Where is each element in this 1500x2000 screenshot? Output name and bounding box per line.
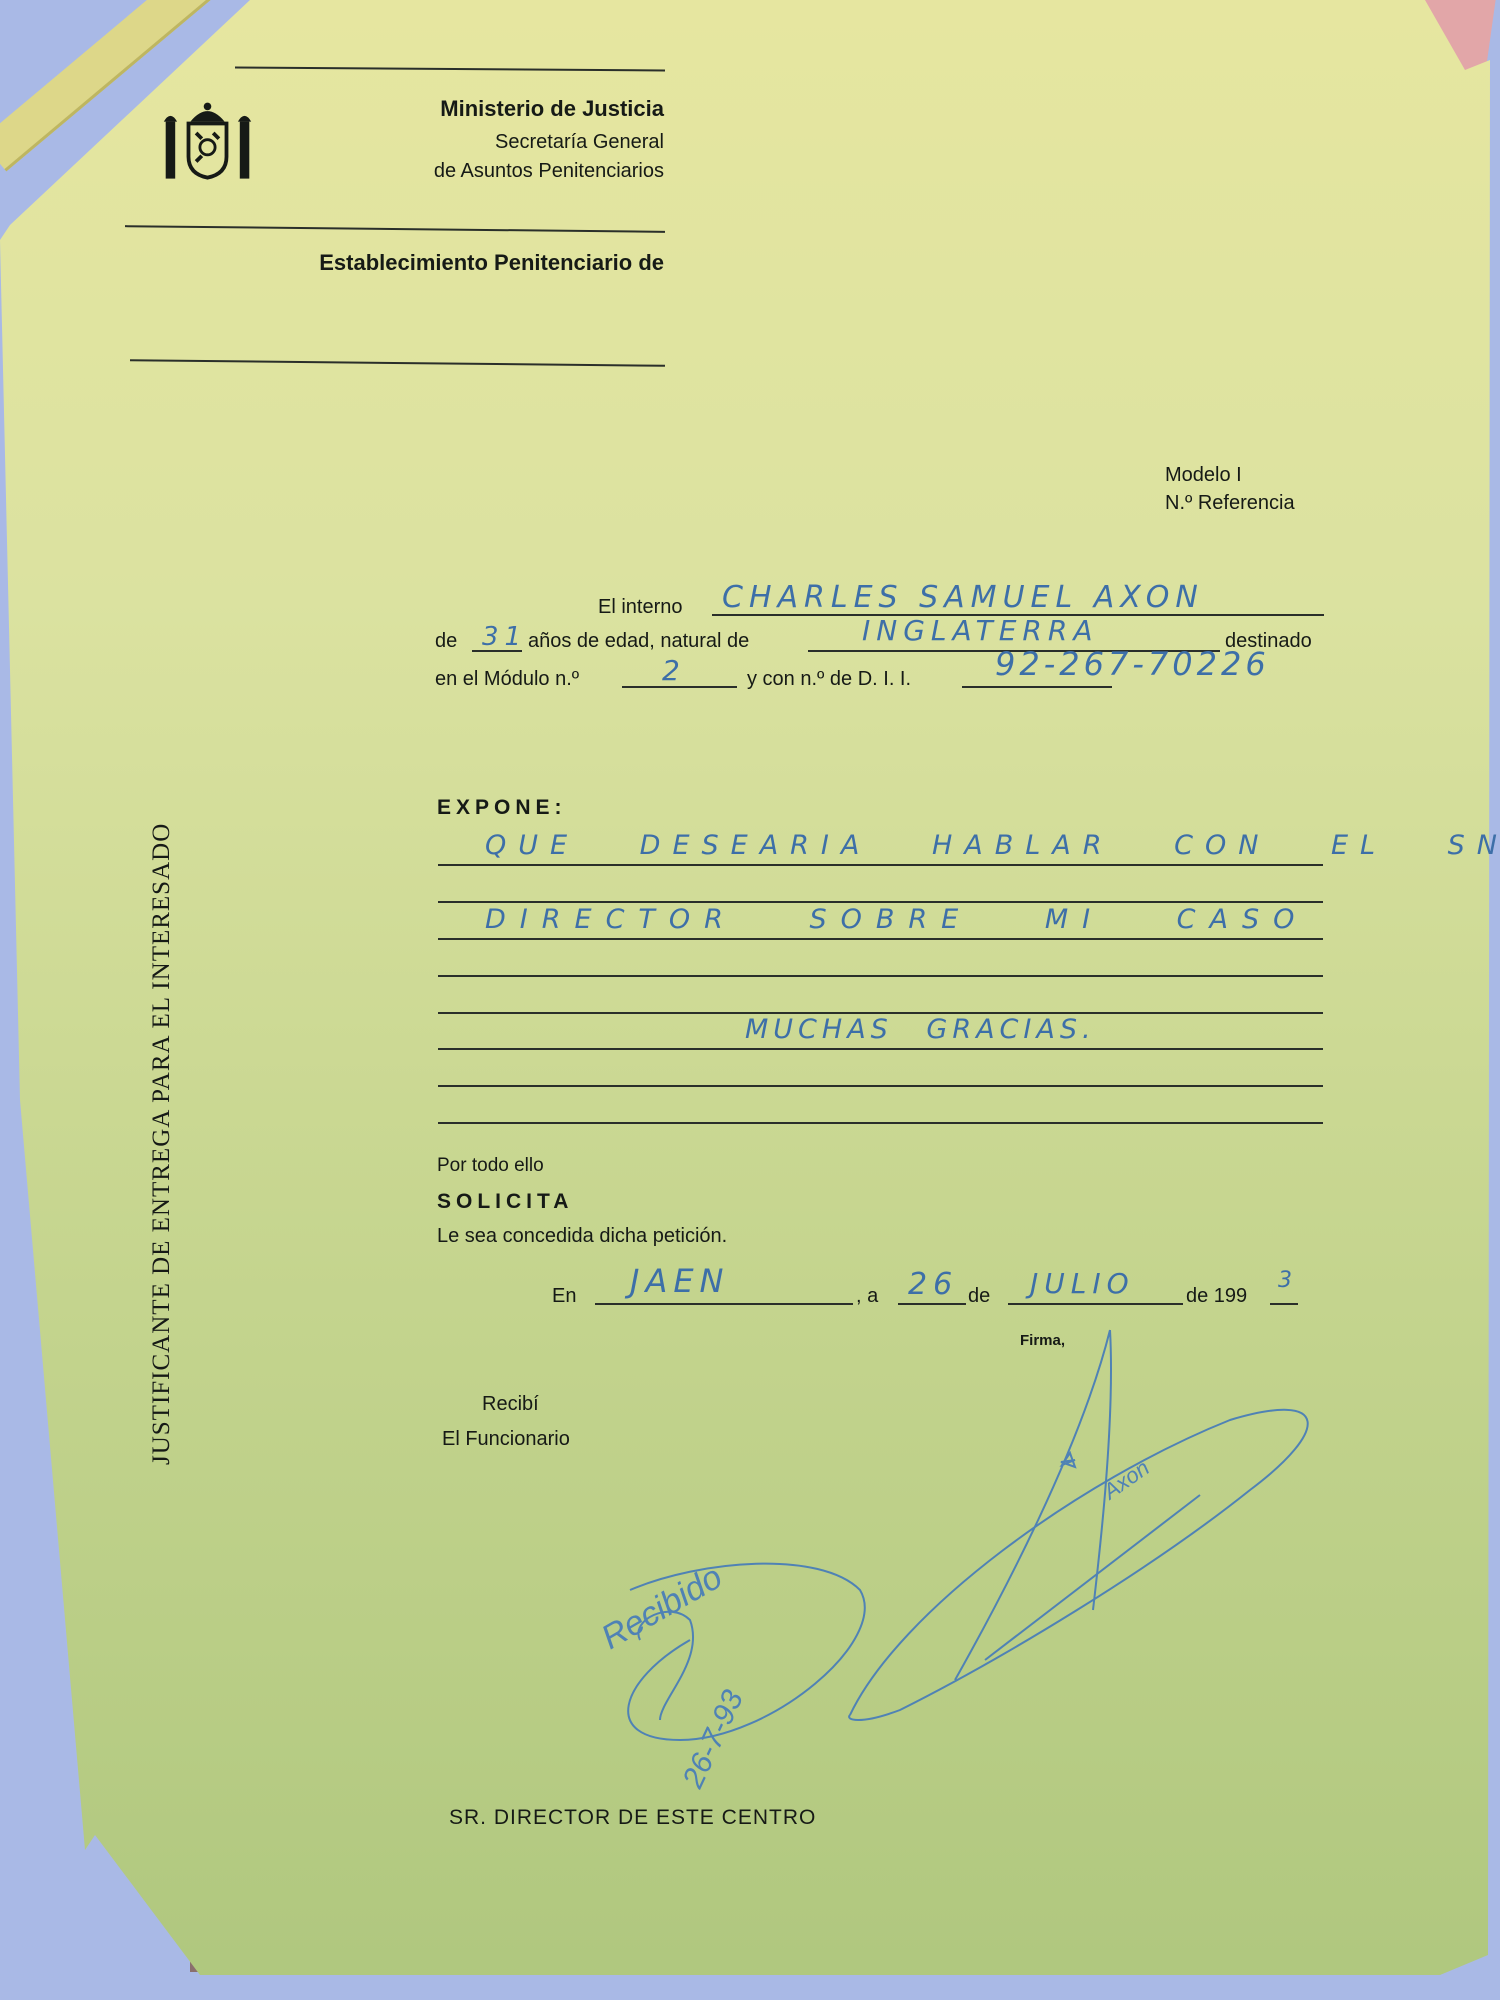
date-de-label: de [968,1285,990,1308]
solicita-heading: SOLICITA [437,1190,573,1214]
expone-heading: EXPONE: [437,796,567,820]
inmate-value: CHARLES SAMUEL AXON [722,580,1204,615]
secretariat-line1: Secretaría General [495,131,664,154]
coat-of-arms-icon [160,95,255,190]
expone-line[interactable] [438,1122,1323,1124]
origin-value: INGLATERRA [862,614,1098,647]
solicita-body: Le sea concedida dicha petición. [437,1225,727,1248]
year-label: de 199 [1186,1285,1247,1308]
receipt-recibi-label: Recibí [482,1393,539,1416]
age-suffix: años de edad, natural de [528,630,749,653]
year-value: 3 [1278,1268,1298,1293]
month-value: JULIO [1030,1267,1135,1300]
expone-line-text: MUCHAS GRACIAS. [745,1014,1096,1045]
place-field-line[interactable] [595,1303,853,1305]
year-field-line[interactable] [1270,1303,1298,1305]
dni-value: 92-267-70226 [995,645,1270,683]
expone-line[interactable] [438,864,1323,866]
day-field-line[interactable] [898,1303,966,1305]
expone-line[interactable] [438,1085,1323,1087]
addressee: SR. DIRECTOR DE ESTE CENTRO [449,1806,816,1830]
receipt-official-label: El Funcionario [442,1428,570,1451]
expone-line[interactable] [438,975,1323,977]
secretariat-line2: de Asuntos Penitenciarios [434,160,664,183]
expone-line-text: QUE DESEARIA HABLAR CON EL SNR. [485,830,1500,861]
reference-label: N.º Referencia [1165,492,1295,515]
expone-line-text: DIRECTOR SOBRE MI CASO [485,904,1308,935]
age-prefix: de [435,630,457,653]
day-value: 26 [908,1267,958,1302]
dni-field-line[interactable] [962,686,1112,688]
dni-label: y con n.º de D. I. I. [747,668,911,691]
inmate-label: El interno [598,596,683,619]
model-label: Modelo I [1165,464,1242,487]
expone-line[interactable] [438,938,1323,940]
place-value: JAEN [630,1262,729,1300]
module-value: 2 [662,654,686,687]
side-label-vertical: JUSTIFICANTE DE ENTREGA PARA EL INTERESA… [148,823,176,1465]
ministry-title: Ministerio de Justicia [440,96,664,122]
date-a-label: , a [856,1285,878,1308]
module-label: en el Módulo n.º [435,668,579,691]
month-field-line[interactable] [1008,1303,1183,1305]
place-label: En [552,1285,576,1308]
expone-line[interactable] [438,901,1323,903]
solicita-intro: Por todo ello [437,1155,544,1177]
signature-label: Firma, [1020,1332,1065,1349]
age-value: 31 [482,622,527,652]
expone-line[interactable] [438,1048,1323,1050]
establishment-label: Establecimiento Penitenciario de [319,250,664,276]
form-sheet [0,0,1500,2000]
